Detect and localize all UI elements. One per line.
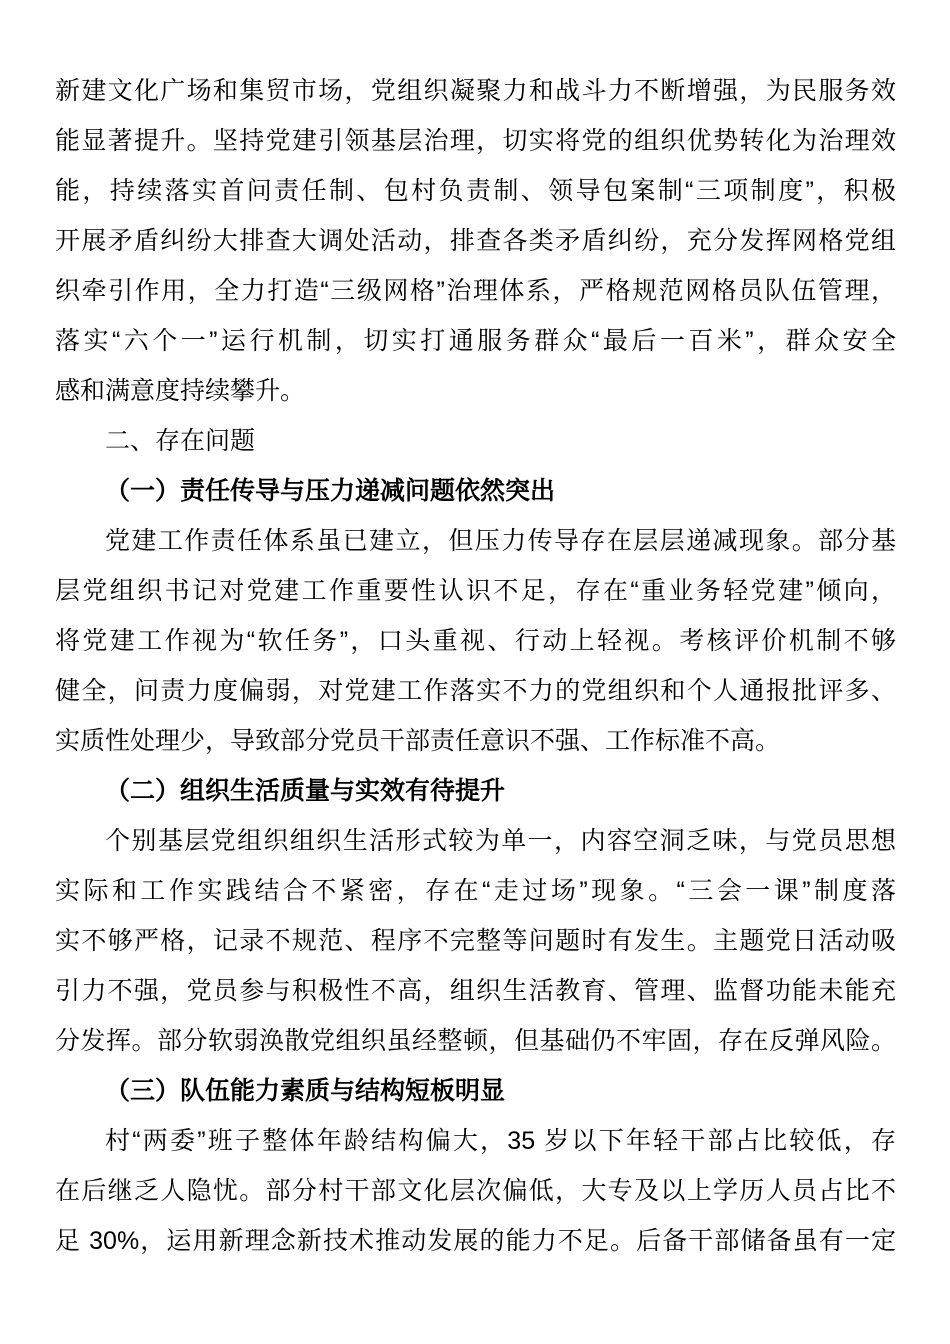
paragraph-line: 落实“六个一”运行机制，切实打通服务群众“最后一百米”，群众安全 xyxy=(55,316,896,366)
paragraph-line: 分发挥。部分软弱涣散党组织虽经整顿，但基础仍不牢固，存在反弹风险。 xyxy=(55,1016,896,1066)
paragraph-line: 能显著提升。坚持党建引领基层治理，切实将党的组织优势转化为治理效 xyxy=(55,116,896,166)
paragraph-line: 个别基层党组织组织生活形式较为单一，内容空洞乏味，与党员思想 xyxy=(55,816,896,866)
paragraph-line: 引力不强，党员参与积极性不高，组织生活教育、管理、监督功能未能充 xyxy=(55,966,896,1016)
document-page: 新建文化广场和集贸市场，党组织凝聚力和战斗力不断增强，为民服务效 能显著提升。坚… xyxy=(0,0,950,1344)
paragraph-line: 实质性处理少，导致部分党员干部责任意识不强、工作标准不高。 xyxy=(55,716,896,766)
paragraph-line: 足 30%，运用新理念新技术推动发展的能力不足。后备干部储备虽有一定 xyxy=(55,1216,896,1266)
paragraph-line: 能，持续落实首问责任制、包村负责制、领导包案制“三项制度”，积极 xyxy=(55,166,896,216)
paragraph-line: 层党组织书记对党建工作重要性认识不足，存在“重业务轻党建”倾向， xyxy=(55,566,896,616)
subsection-heading: （三）队伍能力素质与结构短板明显 xyxy=(55,1066,896,1116)
subsection-heading: （二）组织生活质量与实效有待提升 xyxy=(55,766,896,816)
subsection-heading: （一）责任传导与压力递减问题依然突出 xyxy=(55,466,896,516)
paragraph-line: 党建工作责任体系虽已建立，但压力传导存在层层递减现象。部分基 xyxy=(55,516,896,566)
paragraph-line: 织牵引作用，全力打造“三级网格”治理体系，严格规范网格员队伍管理， xyxy=(55,266,896,316)
paragraph-line: 开展矛盾纠纷大排查大调处活动，排查各类矛盾纠纷，充分发挥网格党组 xyxy=(55,216,896,266)
paragraph-line: 在后继乏人隐忧。部分村干部文化层次偏低，大专及以上学历人员占比不 xyxy=(55,1166,896,1216)
paragraph-line: 村“两委”班子整体年龄结构偏大，35 岁以下年轻干部占比较低，存 xyxy=(55,1116,896,1166)
paragraph-line: 实际和工作实践结合不紧密，存在“走过场”现象。“三会一课”制度落 xyxy=(55,866,896,916)
paragraph-line: 健全，问责力度偏弱，对党建工作落实不力的党组织和个人通报批评多、 xyxy=(55,666,896,716)
paragraph-line: 感和满意度持续攀升。 xyxy=(55,366,896,416)
paragraph-line: 将党建工作视为“软任务”，口头重视、行动上轻视。考核评价机制不够 xyxy=(55,616,896,666)
section-heading: 二、存在问题 xyxy=(55,416,896,466)
paragraph-line: 新建文化广场和集贸市场，党组织凝聚力和战斗力不断增强，为民服务效 xyxy=(55,66,896,116)
paragraph-line: 实不够严格，记录不规范、程序不完整等问题时有发生。主题党日活动吸 xyxy=(55,916,896,966)
